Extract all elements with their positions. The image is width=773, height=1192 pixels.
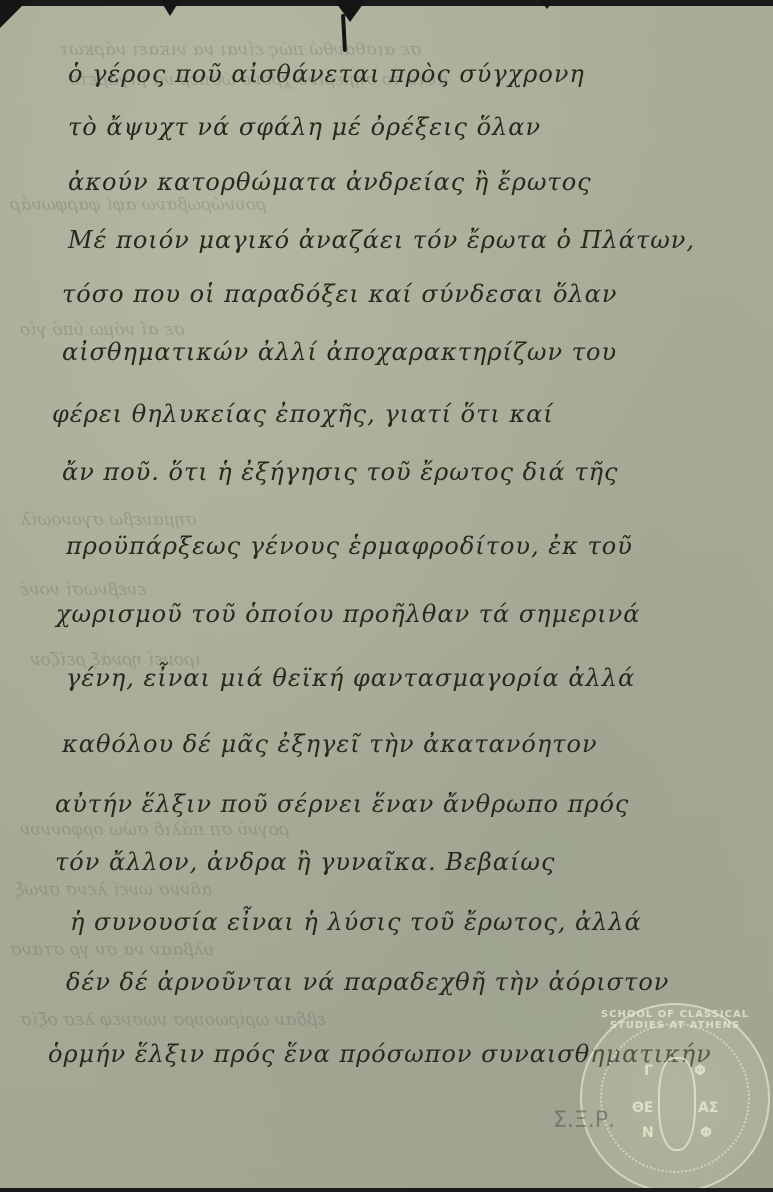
manuscript-line: προϋπάρξεως γένους ἑρμαφροδίτου, ἐκ τοῦ (66, 532, 633, 560)
manuscript-line: τόν ἄλλον, ἀνδρα ἢ γυναῖκα. Βεβαίως (55, 848, 555, 876)
manuscript-line: τόσο που οἱ παραδόξει καί σύνδεσαι ὅλαν (62, 280, 617, 308)
manuscript-line: φέρει θηλυκείας ἐποχῆς, γιατί ὅτι καί (52, 400, 554, 428)
manuscript-line: γένη, εἶναι μιά θεϊκή φαντασμαγορία ἀλλά (66, 664, 635, 692)
bleed-through-text: ρουνώρωβανω αφί φαρφωνάρ (10, 195, 266, 215)
seal-letter: Φ (694, 1063, 706, 1079)
manuscript-line: ἄν ποῦ. ὅτι ἡ ἐξήγησις τοῦ ἔρωτος διά τῆ… (62, 458, 618, 486)
manuscript-line: ἡ συνουσία εἶναι ἡ λύσις τοῦ ἔρωτος, ἀλλ… (70, 908, 642, 936)
seal-letter: Φ (700, 1125, 712, 1141)
bleed-through-text: αδννσ ωνεί λενσ σνωξ (15, 880, 212, 900)
amphora-icon (658, 1057, 696, 1151)
pencil-annotation: Σ.Ξ.Ρ. (553, 1108, 615, 1133)
manuscript-line: τὸ ἄψυχτ νά σφάλη μέ ὀρέξεις ὅλαν (68, 113, 541, 141)
torn-corner (0, 0, 28, 28)
bleed-through-text: εβδαν ωρίρωουρσ νωσνεφ λεσ οξίσ (20, 1010, 326, 1030)
edge-notch (334, 0, 366, 22)
bleed-through-text: σημανεβω σγονοωίλ (20, 510, 197, 530)
bleed-through-text: ρογνύ σπ πάλιδ σώω ορφοννυν (20, 820, 289, 840)
manuscript-line: χωρισμοῦ τοῦ ὁποίου προῆλθαν τά σημερινά (56, 600, 640, 628)
manuscript-line: αὐτήν ἕλξιν ποῦ σέρνει ἕναν ἄνθρωπο πρός (55, 790, 629, 818)
bleed-through-text: ενεβνωσί νονέ (20, 580, 146, 600)
manuscript-page: σε αισθανθώ πώς είναι να νικαει νάρκωτ α… (0, 0, 773, 1192)
manuscript-line: αἰσθηματικών ἀλλί ἀποχαρακτηρίζων του (62, 338, 617, 366)
manuscript-line: Μέ ποιόν μαγικό ἀναζάει τόν ἔρωτα ὁ Πλάτ… (68, 226, 695, 254)
archive-seal-stamp: SCHOOL OF CLASSICAL STUDIES AT ATHENS Γ … (580, 1003, 770, 1192)
manuscript-line: δέν δέ ἀρνοῦνται νά παραδεχθῆ τὴν ἀόριστ… (66, 968, 669, 996)
edge-notch (540, 0, 554, 9)
seal-letter: Γ (644, 1063, 653, 1079)
seal-letter: Ν (642, 1125, 654, 1141)
bleed-through-text: σε αί νόμω ύπό γίο (20, 320, 185, 340)
bleed-through-text: σε αισθανθώ πώς είναι να νικαει νάρκωτ (60, 40, 421, 60)
manuscript-line: ἀκούν κατορθώματα ἀνδρείας ἢ ἔρωτος (68, 168, 592, 196)
page-top-edge (0, 0, 773, 6)
seal-letter: ΑΣ (698, 1100, 718, 1116)
manuscript-line: ὁ γέρος ποῦ αἰσθάνεται πρὸς σύγχρονη (68, 60, 585, 88)
edge-notch (160, 0, 180, 16)
manuscript-line: καθόλου δέ μᾶς ἐξηγεῖ τὴν ἀκατανόητον (62, 730, 598, 758)
page-bottom-edge (0, 1188, 773, 1192)
seal-inscription: SCHOOL OF CLASSICAL STUDIES AT ATHENS (582, 1009, 768, 1031)
seal-letter: ΘΕ (632, 1100, 653, 1116)
bleed-through-text: υλβααν να σν γρ στανσ (10, 940, 214, 960)
